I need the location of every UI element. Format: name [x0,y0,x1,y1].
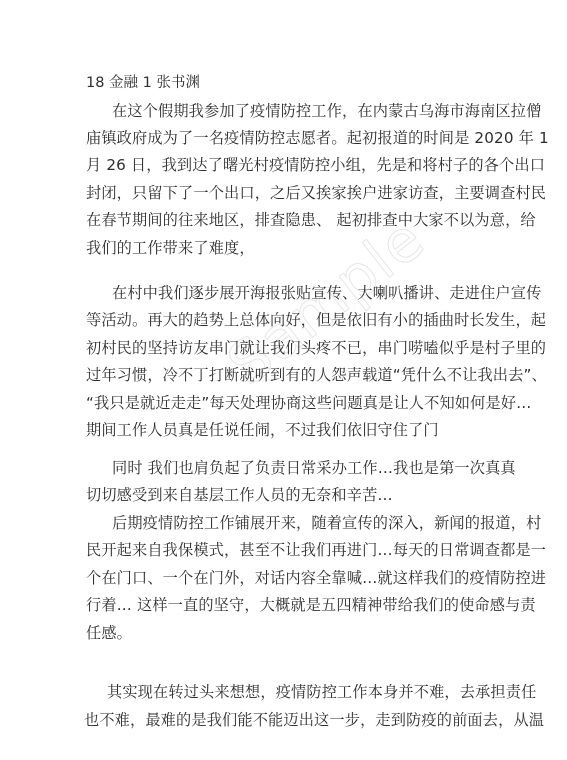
paragraph-line: 在这个假期我参加了疫情防控工作，在内蒙古乌海市海南区拉僧 [112,101,486,121]
paragraph-line: 期间工作人员真是任说任闹，不过我们依旧守住了门 [86,420,486,440]
paragraph-line: 庙镇政府成为了一名疫情防控志愿者。起初报道的时间是 2020 年 1 [86,128,486,148]
paragraph-line: 个在门口、一个在门外，对话内容全靠喊…就这样我们的疫情防控进 [86,568,486,588]
paragraph-line: “我只是就近走走”每天处理协商这些问题真是让人不知如何是好… [86,393,486,413]
paragraph-line: 后期疫情防控工作铺展开来，随着宣传的深入，新闻的报道，村 [112,513,486,533]
document-title: 18 金融 1 张书渊 [86,73,486,93]
document-page: 18 金融 1 张书渊 在这个假期我参加了疫情防控工作，在内蒙古乌海市海南区拉僧… [0,0,567,760]
paragraph-line: 月 26 日，我到达了曙光村疫情防控小组，先是和将村子的各个出口 [86,155,486,175]
paragraph-line: 等活动。再大的趋势上总体向好，但是依旧有小的插曲时长发生，起 [86,310,486,330]
paragraph-line: 其实现在转过头来想想，疫情防控工作本身并不难，去承担责任 [107,682,486,702]
paragraph-line: 行着… 这样一直的坚守，大概就是五四精神带给我们的使命感与责 [86,595,486,615]
paragraph-line: 切切感受到来自基层工作人员的无奈和辛苦… [86,485,486,505]
paragraph-line: 民开起来自我保模式，甚至不让我们再进门…每天的日常调查都是一 [86,540,486,560]
paragraph-line: 任感。 [86,623,486,643]
paragraph-line: 过年习惯，冷不丁打断就听到有的人怨声载道“凭什么不让我出去”、 [86,365,486,385]
paragraph-line: 封闭，只留下了一个出口，之后又挨家挨户进家访查，主要调查村民 [86,183,486,203]
paragraph-line: 同时 我们也肩负起了负责日常采办工作…我也是第一次真真 [112,458,486,478]
paragraph-line: 初村民的坚持访友串门就让我们头疼不已，串门唠嗑似乎是村子里的 [86,338,486,358]
paragraph-line: 在春节期间的往来地区，排查隐患、 起初排查中大家不以为意，给 [86,210,486,230]
paragraph-line: 在村中我们逐步展开海报张贴宣传、大喇叭播讲、走进住户宣传 [112,283,486,303]
paragraph-line: 我们的工作带来了难度， [86,238,486,258]
paragraph-line: 也不难，最难的是我们能不能迈出这一步，走到防疫的前面去，从温 [84,710,484,730]
